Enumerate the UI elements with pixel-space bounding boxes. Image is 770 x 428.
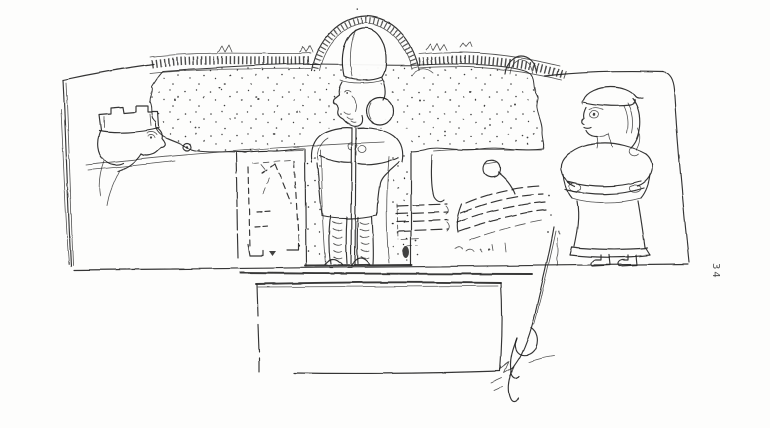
- left-niche-dashed-figure: [236, 150, 303, 258]
- relief-drawing: 34: [0, 0, 770, 428]
- rock-crack: [491, 227, 556, 402]
- small-scratch: [557, 231, 560, 266]
- legs: [325, 216, 373, 265]
- seated-figure-fragment: [455, 160, 552, 252]
- disc-behind-head: [367, 98, 394, 125]
- crossed-arms-right-figure: [561, 143, 652, 194]
- lower-inscription-panel: [256, 282, 502, 373]
- right-standing-figure: [557, 87, 652, 266]
- figure-number: 34: [710, 263, 721, 280]
- flat-cap: [581, 87, 643, 106]
- domed-headdress: [342, 28, 386, 80]
- face-profile: [582, 107, 609, 136]
- scanned-figure-page: 34: [0, 0, 770, 428]
